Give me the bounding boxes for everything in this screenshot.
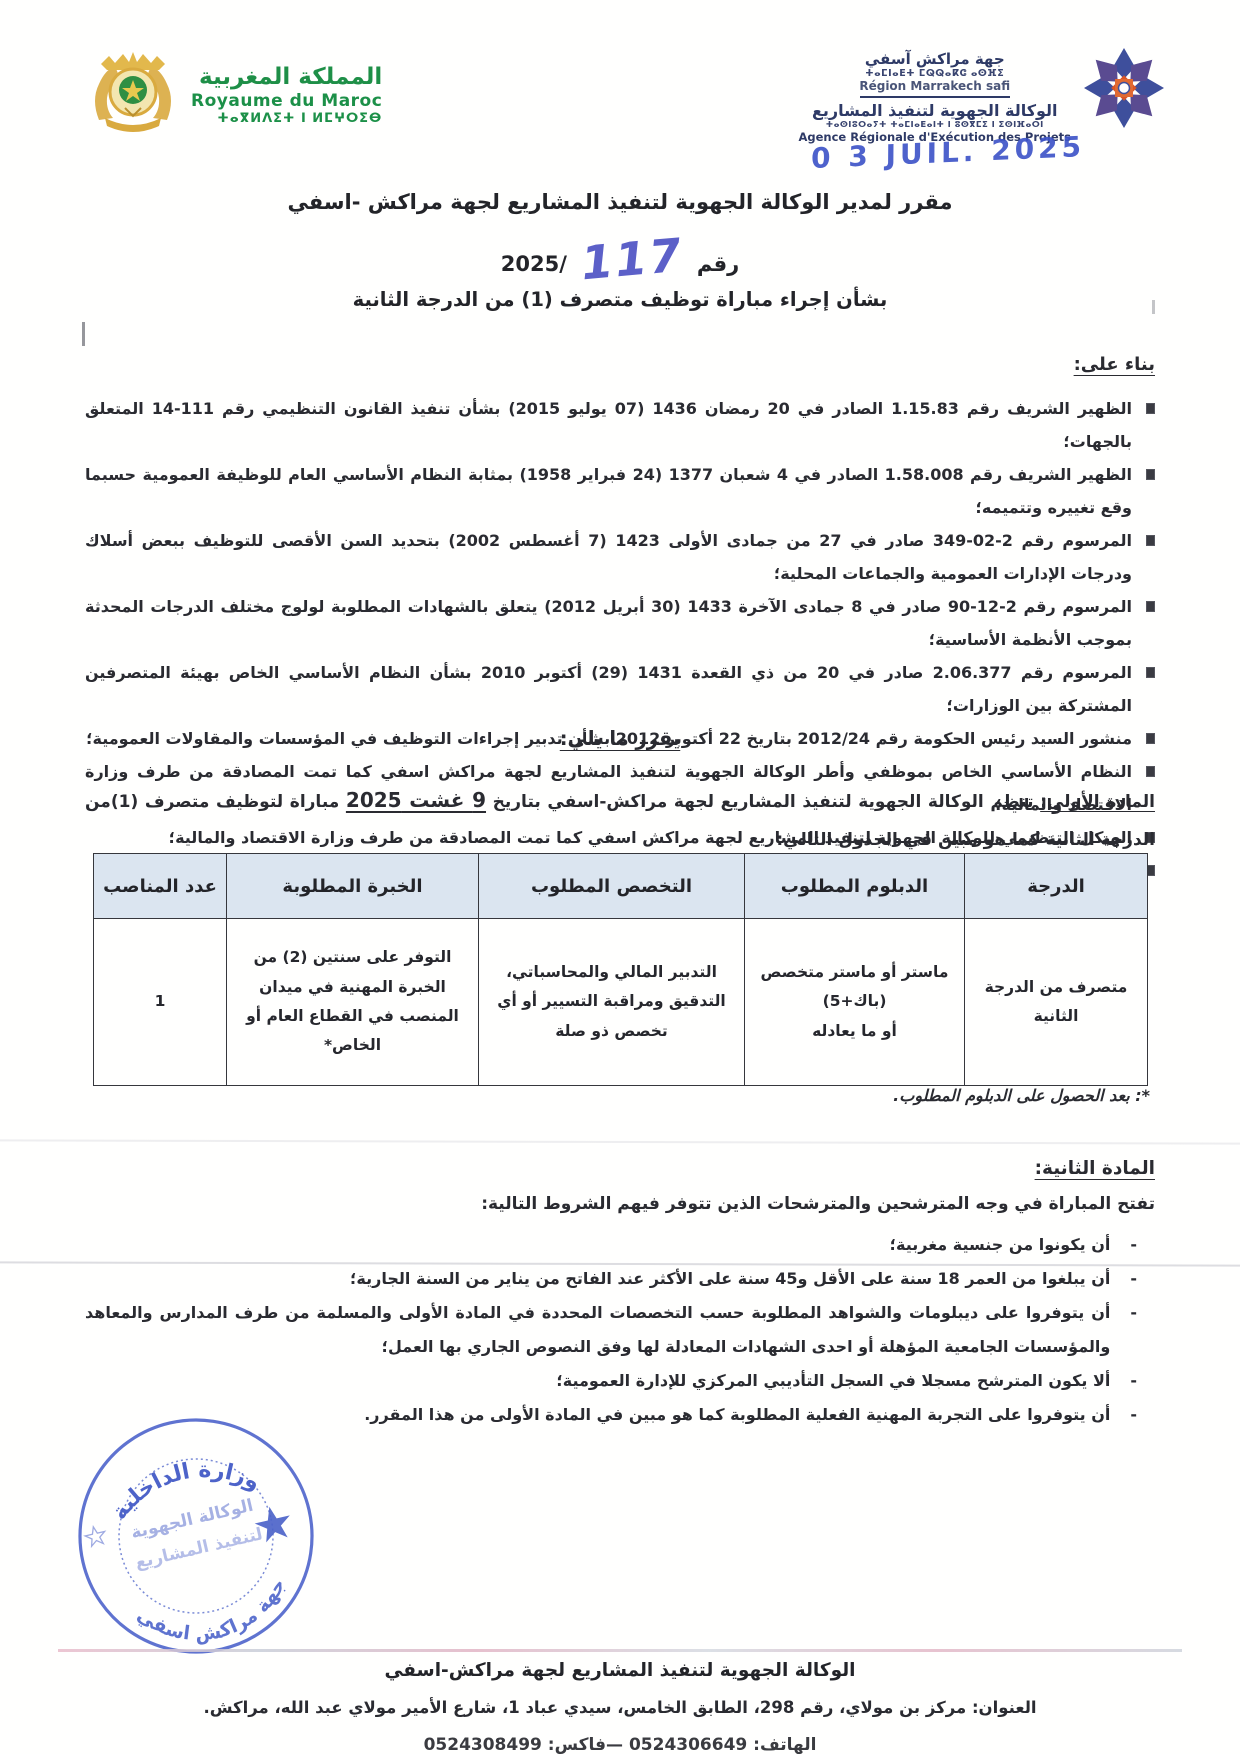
col-header-experience: الخبرة المطلوبة [227, 854, 479, 919]
cell-diploma: ماستر أو ماستر متخصص (باك+5) أو ما يعادل… [745, 919, 965, 1086]
kingdom-title-tifinagh: ⵜⴰⴳⵍⴷⵉⵜ ⵏ ⵍⵎⵖⵔⵉⴱ [217, 111, 382, 126]
col-header-positions: عدد المناصب [94, 854, 227, 919]
recruitment-table-wrap: الدرجة الدبلوم المطلوب التخصص المطلوب ال… [93, 853, 1148, 1086]
number-label: رقم [697, 252, 739, 276]
condition-item: -أن يبلغوا من العمر 18 سنة على الأقل و45… [85, 1262, 1155, 1296]
col-header-specialty: التخصص المطلوب [479, 854, 745, 919]
article-1-label: المادة الأولى: [1040, 792, 1155, 812]
document-page: المملكة المغربية Royaume du Maroc ⵜⴰⴳⵍⴷⵉ… [0, 0, 1240, 1754]
square-bullet-icon [1146, 601, 1155, 612]
condition-item: -أن يكونوا من جنسية مغربية؛ [85, 1228, 1155, 1262]
footer-agency-name: الوكالة الجهوية لتنفيذ المشاريع لجهة مرا… [0, 1660, 1240, 1681]
recruitment-table: الدرجة الدبلوم المطلوب التخصص المطلوب ال… [93, 853, 1148, 1086]
basis-item-text: المرسوم رقم 2-12-90 صادر في 8 جمادى الآخ… [85, 590, 1132, 656]
basis-item-text: المرسوم رقم 2-02-349 صادر في 27 من جمادى… [85, 524, 1132, 590]
agency-name-arabic: الوكالة الجهوية لتنفيذ المشاريع [812, 102, 1058, 120]
article-2-heading: المادة الثانية: [1035, 1158, 1155, 1179]
dash-bullet-icon: - [1130, 1228, 1137, 1262]
cell-experience: التوفر على سنتين (2) من الخبرة المهنية ف… [227, 919, 479, 1086]
table-header-row: الدرجة الدبلوم المطلوب التخصص المطلوب ال… [94, 854, 1148, 919]
header-right: جهة مراكش آسفي ⵜⴰⵎⵏⴰⴹⵜ ⵎⵕⵕⴰⴽⵛ ⴰⵙⴼⵉ Régio… [799, 44, 1169, 144]
decision-number-line: 2025/ 117 رقم [0, 228, 1240, 282]
agency-name-tifinagh: ⵜⴰⵙⵏⵓⵔⴰⵢⵜ ⵜⴰⵎⵏⴰⴹⴰⵏⵜ ⵏ ⵓⵙⴳⵎⵉ ⵏ ⵉⵙⵏⴼⴰⵔⵏ [826, 120, 1044, 130]
basis-item: الظهير الشريف رقم 1.58.008 الصادر في 4 ش… [85, 458, 1155, 524]
condition-text: أن يتوفروا على ديبلومات والشواهد المطلوب… [85, 1296, 1110, 1364]
article-1-paragraph: المادة الأولى: تنظم الوكالة الجهوية لتنف… [85, 781, 1155, 859]
basis-item-text: الظهير الشريف رقم 1.58.008 الصادر في 4 ش… [85, 458, 1132, 524]
scan-artifact-mark [1152, 300, 1155, 314]
col-header-grade: الدرجة [965, 854, 1148, 919]
scan-artifact-mark [82, 322, 85, 346]
condition-text: أن يكونوا من جنسية مغربية؛ [85, 1228, 1110, 1262]
decision-year: 2025/ [501, 252, 567, 276]
footer-phone-fax: الهاتف: 0524306649 —فاكس: 0524308499 [0, 1735, 1240, 1754]
table-row: متصرف من الدرجة الثانية ماستر أو ماستر م… [94, 919, 1148, 1086]
basis-item: المرسوم رقم 2.06.377 صادر في 20 من ذي ال… [85, 656, 1155, 722]
dash-bullet-icon: - [1130, 1296, 1137, 1330]
footer-separator [58, 1649, 1182, 1652]
square-bullet-icon [1146, 403, 1155, 414]
stamp-bottom-text: جهة مراكش اسفي [130, 1571, 300, 1661]
basis-item-text: المرسوم رقم 2.06.377 صادر في 20 من ذي ال… [85, 656, 1132, 722]
basis-item: المرسوم رقم 2-12-90 صادر في 8 جمادى الآخ… [85, 590, 1155, 656]
dash-bullet-icon: - [1130, 1262, 1137, 1296]
decision-title: مقرر لمدير الوكالة الجهوية لتنفيذ المشار… [0, 190, 1240, 214]
square-bullet-icon [1146, 667, 1155, 678]
region-name-french: Région Marrakech safi [859, 79, 1010, 93]
region-name-arabic: جهة مراكش آسفي [865, 50, 1005, 68]
morocco-coat-of-arms-icon [85, 50, 181, 140]
exam-date: 9 غشت 2025 [346, 788, 486, 812]
dash-bullet-icon: - [1130, 1364, 1137, 1398]
svg-text:جهة مراكش اسفي: جهة مراكش اسفي [130, 1571, 300, 1661]
square-bullet-icon [1146, 766, 1155, 777]
handwritten-decision-number: 117 [579, 228, 685, 291]
condition-text: أن يبلغوا من العمر 18 سنة على الأقل و45 … [85, 1262, 1110, 1296]
header-left: المملكة المغربية Royaume du Maroc ⵜⴰⴳⵍⴷⵉ… [85, 50, 382, 140]
decides-heading: يقرر ما يلي: [0, 727, 1240, 750]
condition-text: ألا يكون المترشح مسجلا في السجل التأديبي… [85, 1364, 1110, 1398]
table-footnote: *: بعد الحصول على الدبلوم المطلوب. [893, 1086, 1150, 1105]
region-name-tifinagh: ⵜⴰⵎⵏⴰⴹⵜ ⵎⵕⵕⴰⴽⵛ ⴰⵙⴼⵉ [865, 68, 1004, 79]
article-1-text-before: تنظم الوكالة الجهوية لتنفيذ المشاريع لجه… [486, 792, 1040, 812]
stamp-small-star-icon [84, 1525, 108, 1548]
kingdom-title-arabic: المملكة المغربية [199, 64, 382, 90]
square-bullet-icon [1146, 535, 1155, 546]
article-2-intro: تفتح المباراة في وجه المترشحين والمترشحا… [481, 1194, 1155, 1214]
dash-bullet-icon: - [1130, 1398, 1137, 1432]
kingdom-title-french: Royaume du Maroc [191, 91, 382, 111]
condition-item: -أن يتوفروا على ديبلومات والشواهد المطلو… [85, 1296, 1155, 1364]
cell-grade: متصرف من الدرجة الثانية [965, 919, 1148, 1086]
cell-positions: 1 [94, 919, 227, 1086]
scan-artifact-line [0, 1139, 1240, 1144]
cell-specialty: التدبير المالي والمحاسباتي، التدقيق ومرا… [479, 919, 745, 1086]
footer-address: العنوان: مركز بن مولاي، رقم 298، الطابق … [0, 1698, 1240, 1717]
square-bullet-icon [1146, 469, 1155, 480]
basis-item: الظهير الشريف رقم 1.15.83 الصادر في 20 ر… [85, 392, 1155, 458]
basis-heading: بناء على: [1074, 354, 1155, 375]
basis-item-text: الظهير الشريف رقم 1.15.83 الصادر في 20 ر… [85, 392, 1132, 458]
header-divider [860, 96, 1010, 98]
decision-subject: بشأن إجراء مباراة توظيف متصرف (1) من الد… [0, 288, 1240, 311]
basis-item: المرسوم رقم 2-02-349 صادر في 27 من جمادى… [85, 524, 1155, 590]
region-rosette-logo-icon [1080, 44, 1168, 136]
col-header-diploma: الدبلوم المطلوب [745, 854, 965, 919]
